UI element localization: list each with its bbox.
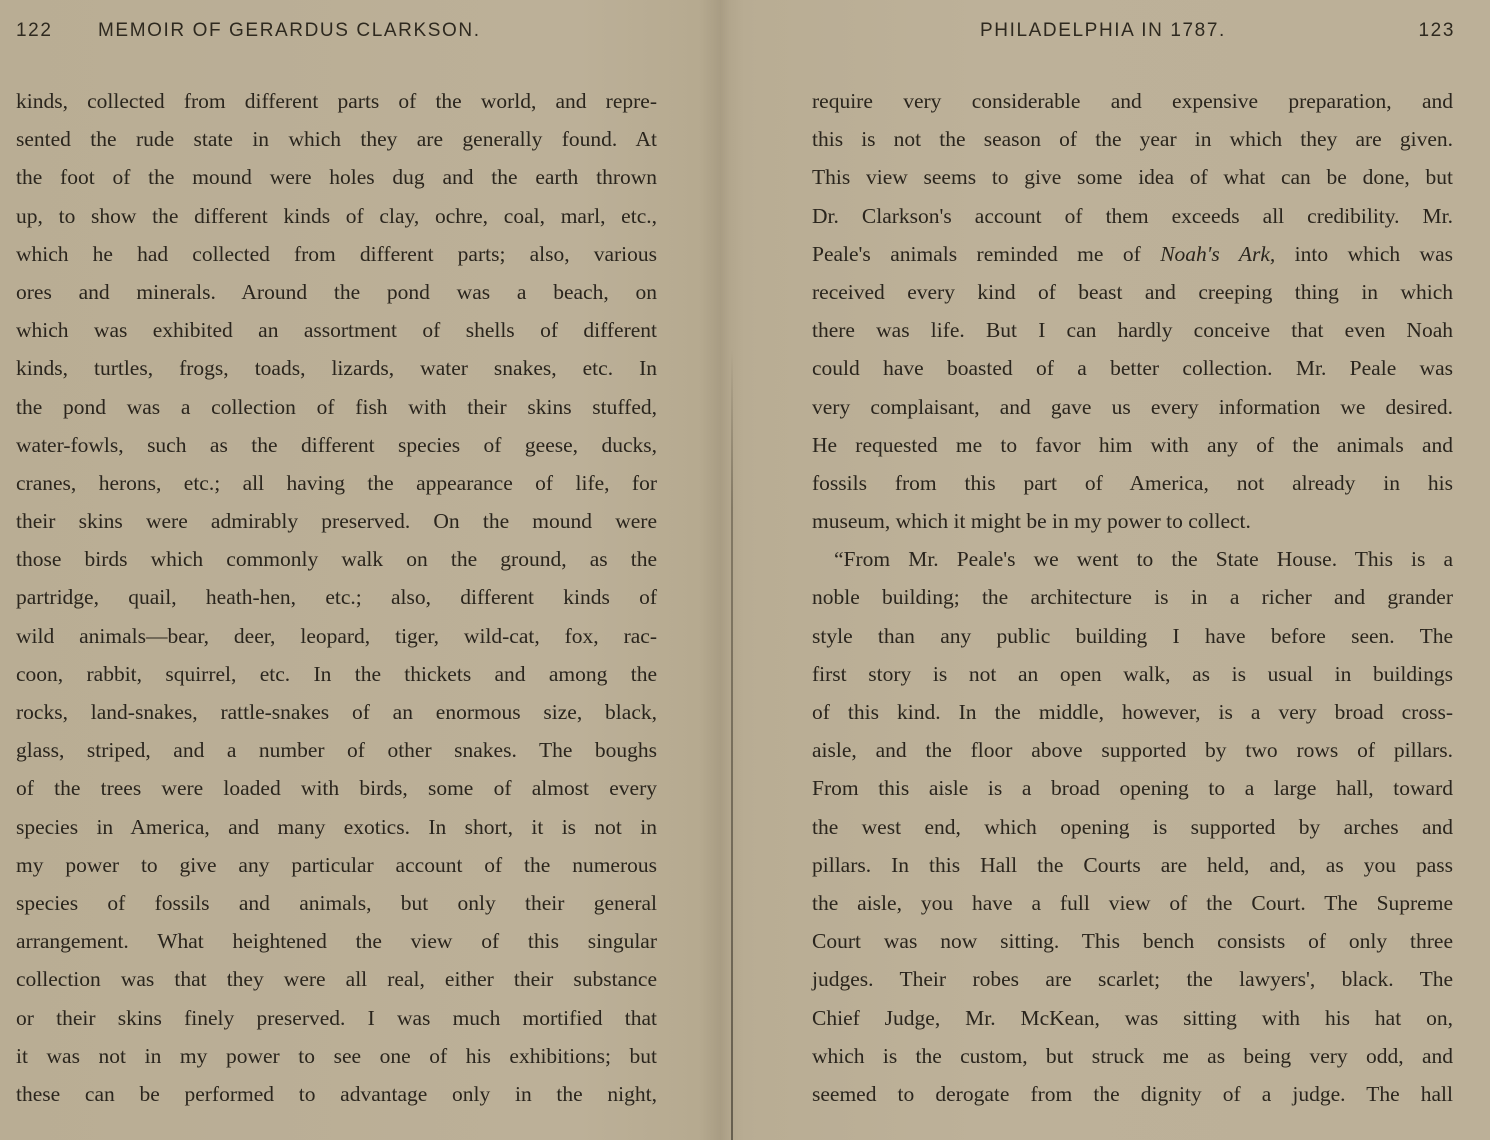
text-line: species in America, and many exotics. In… <box>16 808 657 846</box>
text-line: species of fossils and animals, but only… <box>16 884 657 922</box>
text-line: cranes, herons, etc.; all having the app… <box>16 464 657 502</box>
text-line: kinds, turtles, frogs, toads, lizards, w… <box>16 349 657 387</box>
text-line: the west end, which opening is supported… <box>812 808 1453 846</box>
text-line: this is not the season of the year in wh… <box>812 120 1453 158</box>
text-line: which was exhibited an assortment of she… <box>16 311 657 349</box>
text-line: coon, rabbit, squirrel, etc. In the thic… <box>16 655 657 693</box>
text-line: my power to give any particular account … <box>16 846 657 884</box>
text-line: Dr. Clarkson's account of them exceeds a… <box>812 197 1453 235</box>
text-line: fossils from this part of America, not a… <box>812 464 1453 502</box>
text-line: which he had collected from different pa… <box>16 235 657 273</box>
right-running-head: PHILADELPHIA IN 1787. 123 <box>980 20 1455 46</box>
left-running-title: MEMOIR OF GERARDUS CLARKSON. <box>98 20 481 42</box>
text-line: He requested me to favor him with any of… <box>812 426 1453 464</box>
gutter-shadow-line <box>731 350 733 1140</box>
text-line: style than any public building I have be… <box>812 617 1453 655</box>
left-running-head: 122 MEMOIR OF GERARDUS CLARKSON. <box>16 20 676 46</box>
text-line: these can be performed to advantage only… <box>16 1075 657 1113</box>
text-line: could have boasted of a better collectio… <box>812 349 1453 387</box>
text-line: Chief Judge, Mr. McKean, was sitting wit… <box>812 999 1453 1037</box>
text-line: From this aisle is a broad opening to a … <box>812 769 1453 807</box>
text-segment: Peale's animals reminded me of <box>812 242 1160 266</box>
left-body-text: kinds, collected from different parts of… <box>16 82 657 1113</box>
text-line: the foot of the mound were holes dug and… <box>16 158 657 196</box>
text-line: or their skins finely preserved. I was m… <box>16 999 657 1037</box>
text-line-with-italic: Peale's animals reminded me of Noah's Ar… <box>812 235 1453 273</box>
text-line: glass, striped, and a number of other sn… <box>16 731 657 769</box>
right-body-text: require very considerable and expensive … <box>812 82 1453 1113</box>
text-line: wild animals—bear, deer, leopard, tiger,… <box>16 617 657 655</box>
right-running-title: PHILADELPHIA IN 1787. <box>980 20 1226 42</box>
text-line: Court was now sitting. This bench consis… <box>812 922 1453 960</box>
text-line: noble building; the architecture is in a… <box>812 578 1453 616</box>
text-line: water-fowls, such as the different speci… <box>16 426 657 464</box>
text-line: first story is not an open walk, as is u… <box>812 655 1453 693</box>
text-line: up, to show the different kinds of clay,… <box>16 197 657 235</box>
text-line: kinds, collected from different parts of… <box>16 82 657 120</box>
text-line: those birds which commonly walk on the g… <box>16 540 657 578</box>
text-line: there was life. But I can hardly conceiv… <box>812 311 1453 349</box>
paragraph-start-line: “From Mr. Peale's we went to the State H… <box>812 540 1453 578</box>
text-line: rocks, land-snakes, rattle-snakes of an … <box>16 693 657 731</box>
text-line: it was not in my power to see one of his… <box>16 1037 657 1075</box>
text-line: sented the rude state in which they are … <box>16 120 657 158</box>
text-line: received every kind of beast and creepin… <box>812 273 1453 311</box>
text-line: of this kind. In the middle, however, is… <box>812 693 1453 731</box>
text-line: seemed to derogate from the dignity of a… <box>812 1075 1453 1113</box>
text-segment: into which was <box>1275 242 1453 266</box>
text-line: pillars. In this Hall the Courts are hel… <box>812 846 1453 884</box>
left-page-number: 122 <box>16 20 53 42</box>
text-line: collection was that they were all real, … <box>16 960 657 998</box>
italic-title-noahs-ark: Noah's Ark, <box>1160 242 1275 266</box>
text-line: very complaisant, and gave us every info… <box>812 388 1453 426</box>
book-spread: 122 MEMOIR OF GERARDUS CLARKSON. PHILADE… <box>0 0 1490 1140</box>
text-line: ores and minerals. Around the pond was a… <box>16 273 657 311</box>
text-line: judges. Their robes are scarlet; the law… <box>812 960 1453 998</box>
right-page-number: 123 <box>1418 20 1455 42</box>
text-line: This view seems to give some idea of wha… <box>812 158 1453 196</box>
text-line: require very considerable and expensive … <box>812 82 1453 120</box>
text-line: partridge, quail, heath-hen, etc.; also,… <box>16 578 657 616</box>
text-line: their skins were admirably preserved. On… <box>16 502 657 540</box>
text-line: arrangement. What heightened the view of… <box>16 922 657 960</box>
text-line: which is the custom, but struck me as be… <box>812 1037 1453 1075</box>
text-line: aisle, and the floor above supported by … <box>812 731 1453 769</box>
text-line: the pond was a collection of fish with t… <box>16 388 657 426</box>
paragraph-end-line: museum, which it might be in my power to… <box>812 502 1453 540</box>
text-line: of the trees were loaded with birds, som… <box>16 769 657 807</box>
book-gutter <box>720 0 760 1140</box>
text-line: the aisle, you have a full view of the C… <box>812 884 1453 922</box>
